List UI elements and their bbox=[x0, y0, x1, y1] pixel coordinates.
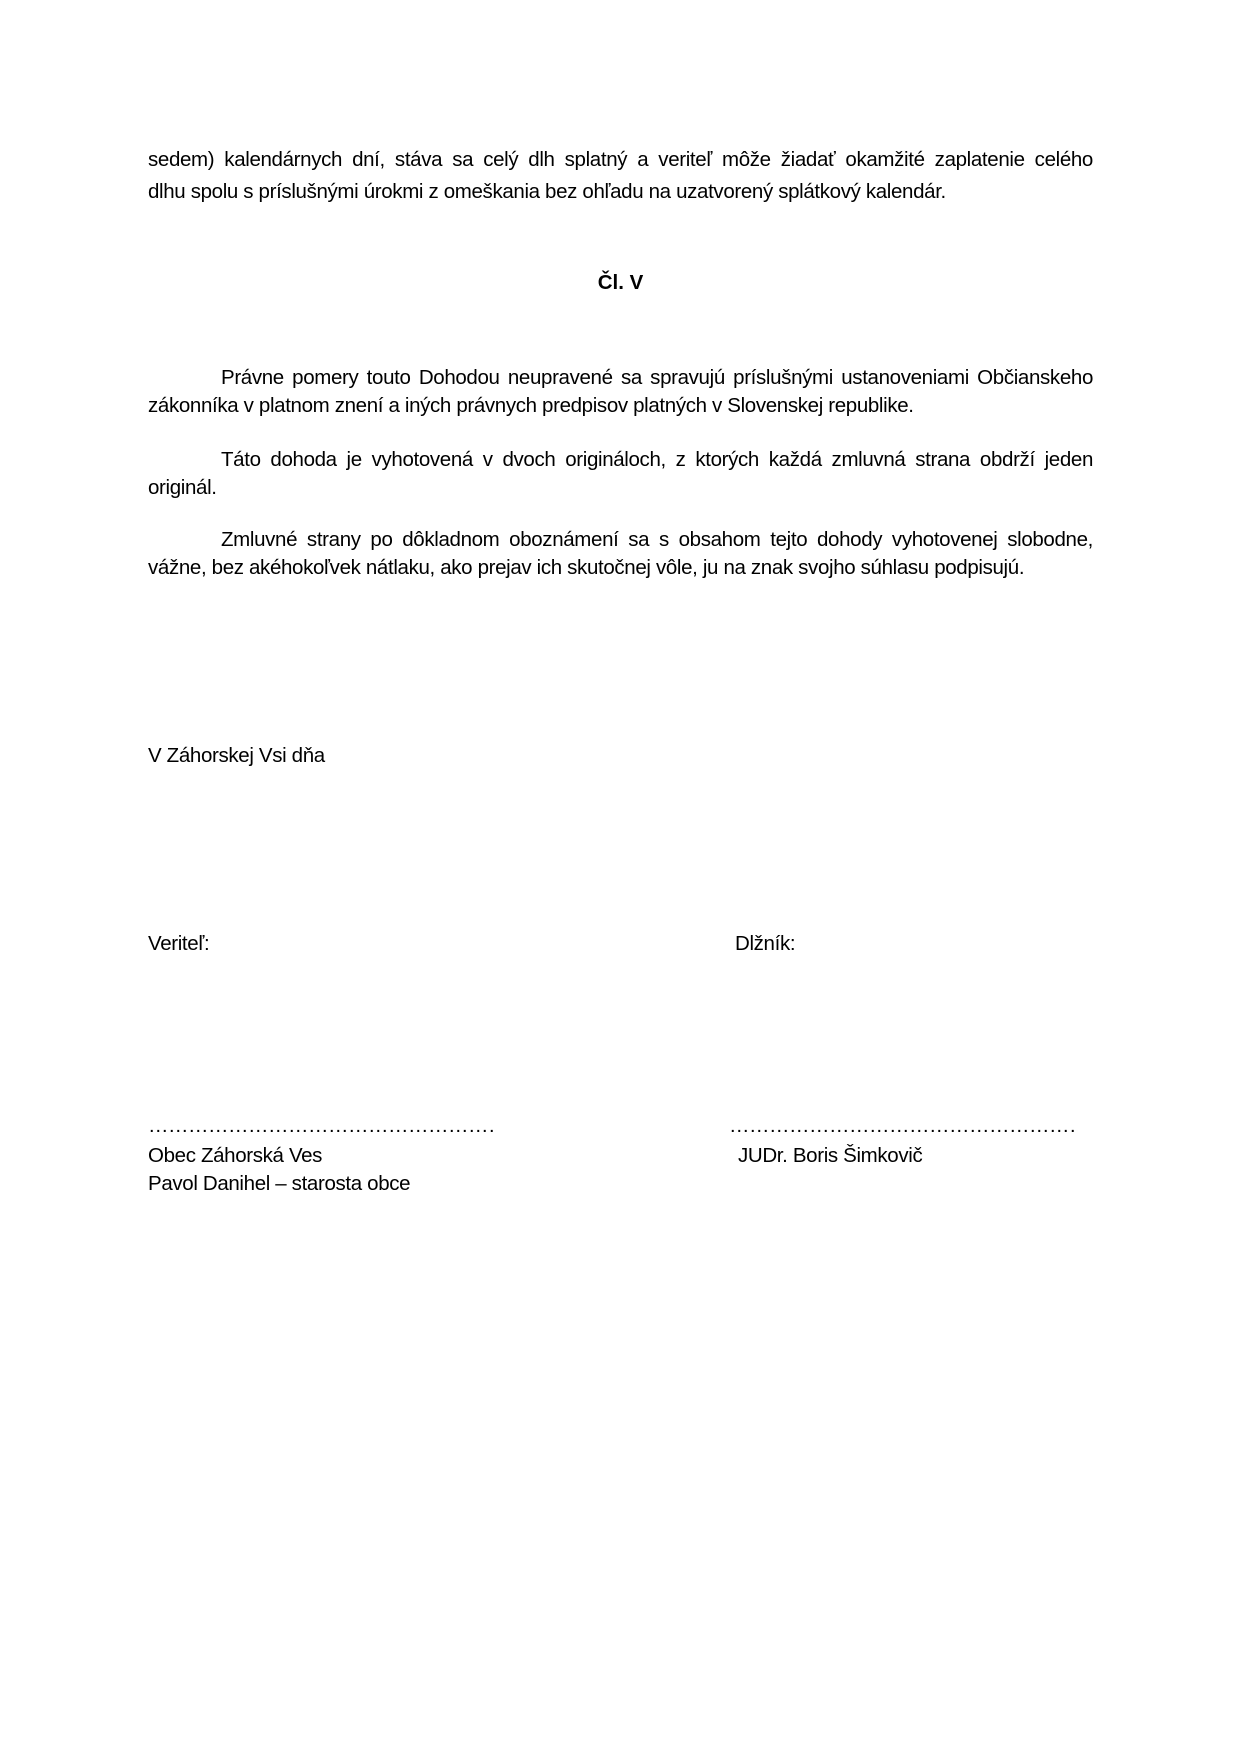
intro-line-1: sedem) kalendárnych dní, stáva sa celý d… bbox=[148, 146, 1093, 174]
creditor-name: Obec Záhorská Ves bbox=[148, 1142, 322, 1170]
intro-line-2: dlhu spolu s príslušnými úrokmi z omeška… bbox=[148, 178, 1093, 206]
creditor-signature-line: ……………………………………………………….. bbox=[148, 1114, 495, 1138]
creditor-label: Veriteľ: bbox=[148, 930, 209, 958]
article-heading: Čl. V bbox=[0, 271, 1241, 295]
paragraph-consent: Zmluvné strany po dôkladnom oboznámení s… bbox=[148, 526, 1093, 582]
creditor-title: Pavol Danihel – starosta obce bbox=[148, 1170, 410, 1198]
paragraph-originals: Táto dohoda je vyhotovená v dvoch origin… bbox=[148, 446, 1093, 502]
place-date: V Záhorskej Vsi dňa bbox=[148, 742, 325, 770]
debtor-signature-line: ……………………………………………………….. bbox=[729, 1114, 1076, 1138]
debtor-name: JUDr. Boris Šimkovič bbox=[738, 1142, 922, 1170]
debtor-label: Dlžník: bbox=[735, 930, 795, 958]
document-page: sedem) kalendárnych dní, stáva sa celý d… bbox=[0, 0, 1241, 1755]
paragraph-legal-relations: Právne pomery touto Dohodou neupravené s… bbox=[148, 364, 1093, 420]
